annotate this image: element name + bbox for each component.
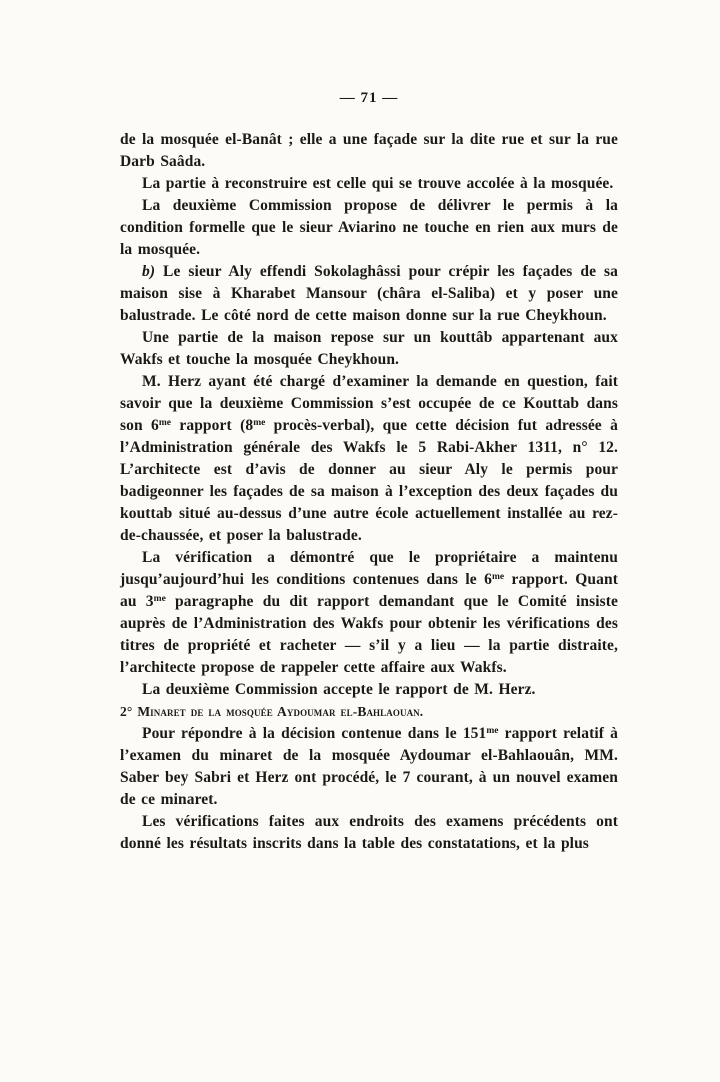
paragraph-pour-repondre: Pour répondre à la décision contenue dan… [120,723,618,811]
p6-segment-4: procès-verbal), que cette décision fut a… [120,417,618,544]
paragraph-item-b-text: Le sieur Aly effendi Sokolaghâssi pour c… [120,263,618,324]
text-column: — 71 — de la mosquée el-Banât ; elle a u… [120,88,618,855]
paragraph-item-b: b) Le sieur Aly effendi Sokolaghâssi pou… [120,261,618,327]
section-heading-minaret-aydoumar: 2° Minaret de la mosquée Aydoumar el-Bah… [120,701,618,723]
paragraph-commission-accepte: La deuxième Commission accepte le rappor… [120,679,618,701]
scanned-document-page: — 71 — de la mosquée el-Banât ; elle a u… [0,0,720,1082]
p9-segment-0: Pour répondre à la décision contenue dan… [142,725,486,742]
superscript-ordinal: me [159,418,171,428]
superscript-ordinal: me [154,594,166,604]
item-b-marker: b) [142,263,155,280]
page-number: — 71 — [120,88,618,108]
p6-segment-2: rapport (8 [171,417,253,434]
paragraph-partie-a-reconstruire: La partie à reconstruire est celle qui s… [120,173,618,195]
paragraph-verification: La vérification a démontré que le propri… [120,547,618,679]
superscript-ordinal: me [253,418,265,428]
paragraph-continuation: de la mosquée el-Banât ; elle a une faça… [120,129,618,173]
superscript-ordinal: me [486,726,498,736]
body-text: de la mosquée el-Banât ; elle a une faça… [120,129,618,855]
paragraph-herz-rapport: M. Herz ayant été chargé d’examiner la d… [120,371,618,547]
paragraph-une-partie-maison: Une partie de la maison repose sur un ko… [120,327,618,371]
p7-segment-4: paragraphe du dit rapport demandant que … [120,593,618,676]
superscript-ordinal: me [492,572,504,582]
paragraph-verifications-faites: Les vérifications faites aux endroits de… [120,811,618,855]
paragraph-commission-propose: La deuxième Commission propose de délivr… [120,195,618,261]
